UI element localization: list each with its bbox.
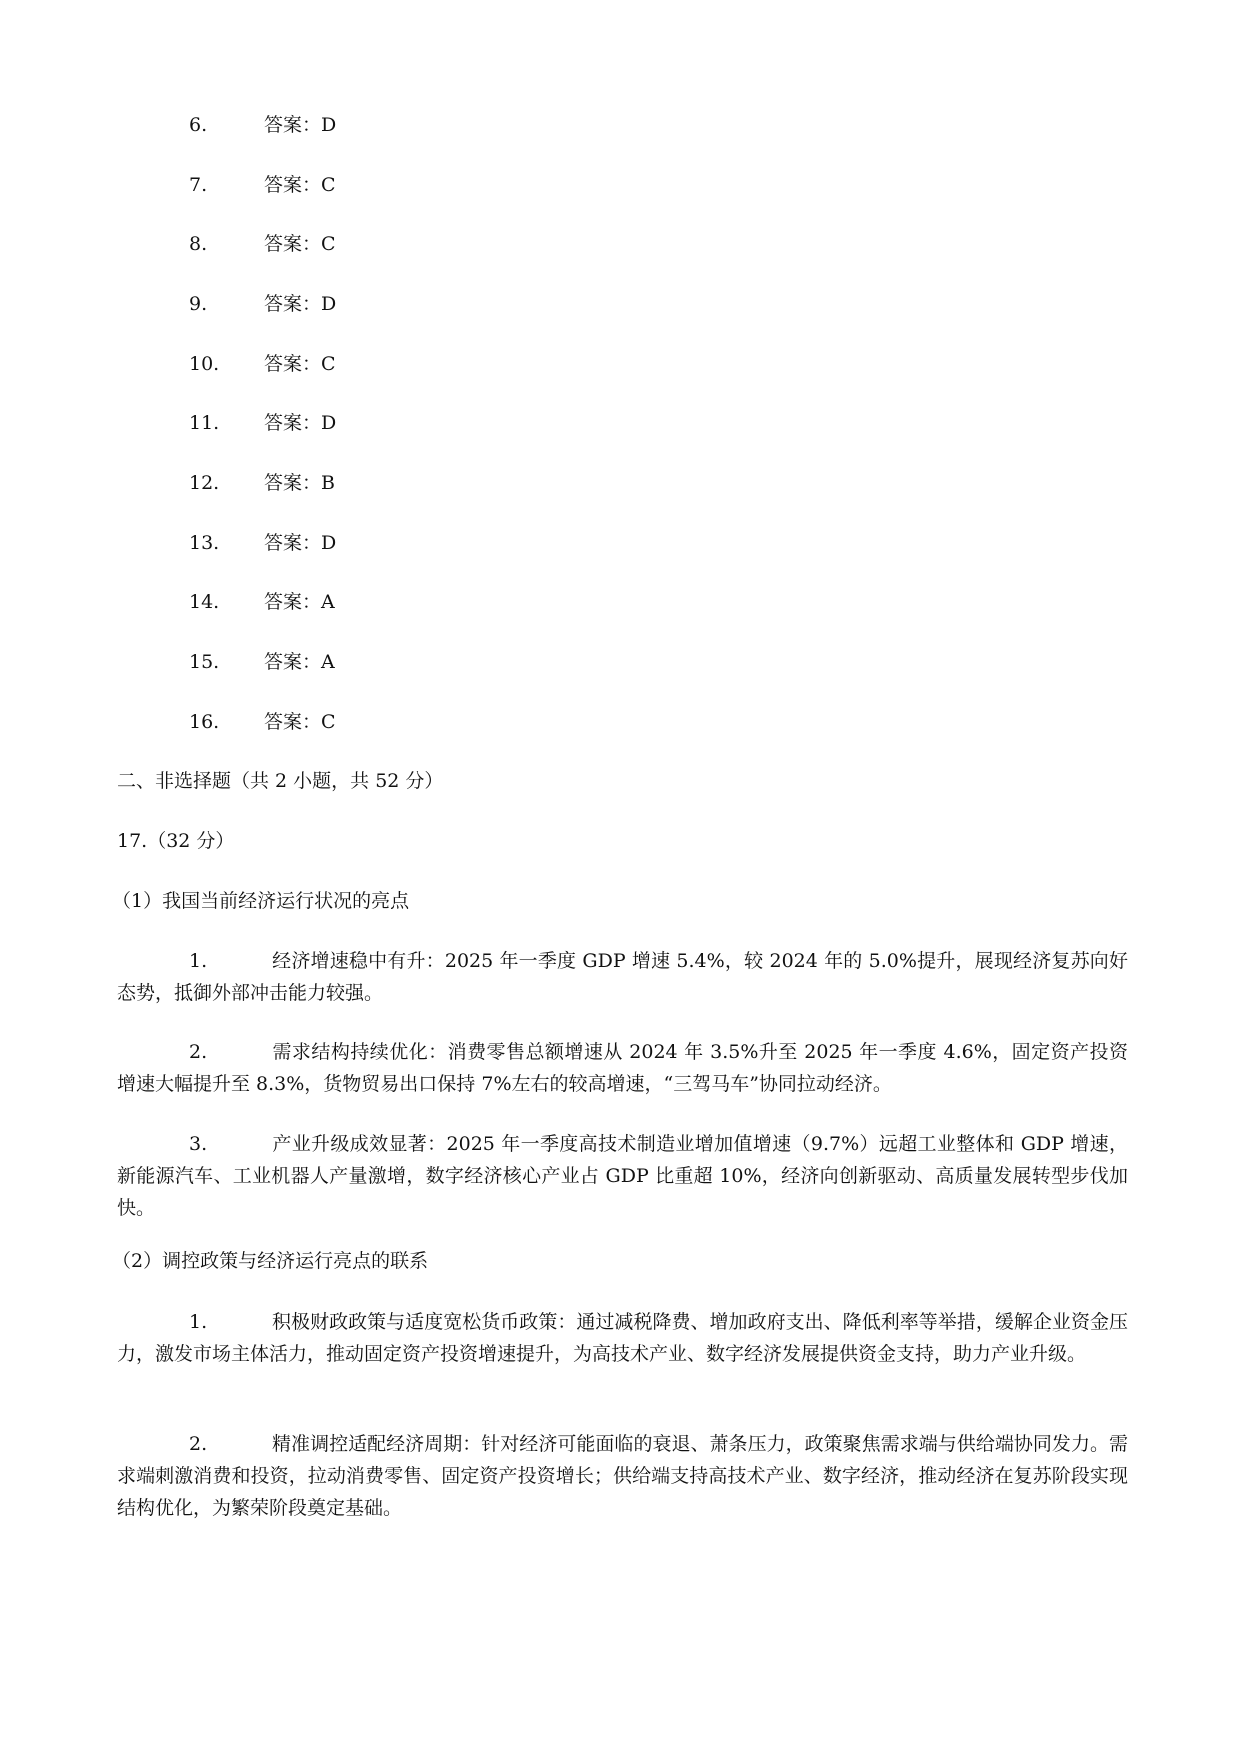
question-number: 15. [189, 649, 264, 675]
answer-text: 答案：D [264, 410, 336, 436]
answer-text: 答案：A [264, 589, 335, 615]
item-number: 2. [117, 1036, 272, 1068]
question-number: 6. [189, 112, 264, 138]
answer-row: 15.答案：A [189, 649, 335, 675]
document-page: 6.答案：D 7.答案：C 8.答案：C 9.答案：D 10.答案：C 11.答… [0, 0, 1240, 1753]
answer-row: 12.答案：B [189, 470, 335, 496]
item-number: 1. [117, 1306, 272, 1338]
part-1-item-2: 2.需求结构持续优化：消费零售总额增速从 2024 年 3.5%升至 2025 … [117, 1036, 1128, 1100]
answer-row: 8.答案：C [189, 231, 336, 257]
question-number: 7. [189, 172, 264, 198]
answer-text: 答案：D [264, 530, 336, 556]
answer-row: 9.答案：D [189, 291, 336, 317]
part-1-item-3: 3.产业升级成效显著：2025 年一季度高技术制造业增加值增速（9.7%）远超工… [117, 1128, 1128, 1224]
answer-row: 10.答案：C [189, 351, 336, 377]
question-number: 8. [189, 231, 264, 257]
answer-text: 答案：C [264, 172, 336, 198]
part-2-title: （2）调控政策与经济运行亮点的联系 [112, 1248, 428, 1274]
question-number: 10. [189, 351, 264, 377]
part-2-item-2: 2.精准调控适配经济周期：针对经济可能面临的衰退、萧条压力，政策聚焦需求端与供给… [117, 1428, 1128, 1524]
answer-text: 答案：D [264, 291, 336, 317]
answer-text: 答案：C [264, 709, 336, 735]
question-number: 14. [189, 589, 264, 615]
question-number: 11. [189, 410, 264, 436]
answer-row: 13.答案：D [189, 530, 336, 556]
question-number: 16. [189, 709, 264, 735]
question-17-heading: 17.（32 分） [117, 828, 234, 854]
question-number: 9. [189, 291, 264, 317]
answer-text: 答案：C [264, 231, 336, 257]
part-1-title: （1）我国当前经济运行状况的亮点 [112, 888, 409, 914]
answer-text: 答案：B [264, 470, 335, 496]
section-heading: 二、非选择题（共 2 小题，共 52 分） [117, 768, 443, 794]
answer-text: 答案：A [264, 649, 335, 675]
answer-row: 7.答案：C [189, 172, 336, 198]
question-number: 13. [189, 530, 264, 556]
part-1-item-1: 1.经济增速稳中有升：2025 年一季度 GDP 增速 5.4%，较 2024 … [117, 945, 1128, 1009]
item-number: 1. [117, 945, 272, 977]
item-number: 3. [117, 1128, 272, 1160]
answer-text: 答案：D [264, 112, 336, 138]
answer-row: 6.答案：D [189, 112, 336, 138]
item-number: 2. [117, 1428, 272, 1460]
part-2-item-1: 1.积极财政政策与适度宽松货币政策：通过减税降费、增加政府支出、降低利率等举措，… [117, 1306, 1128, 1370]
answer-text: 答案：C [264, 351, 336, 377]
answer-row: 16.答案：C [189, 709, 336, 735]
answer-row: 11.答案：D [189, 410, 336, 436]
question-number: 12. [189, 470, 264, 496]
answer-row: 14.答案：A [189, 589, 335, 615]
